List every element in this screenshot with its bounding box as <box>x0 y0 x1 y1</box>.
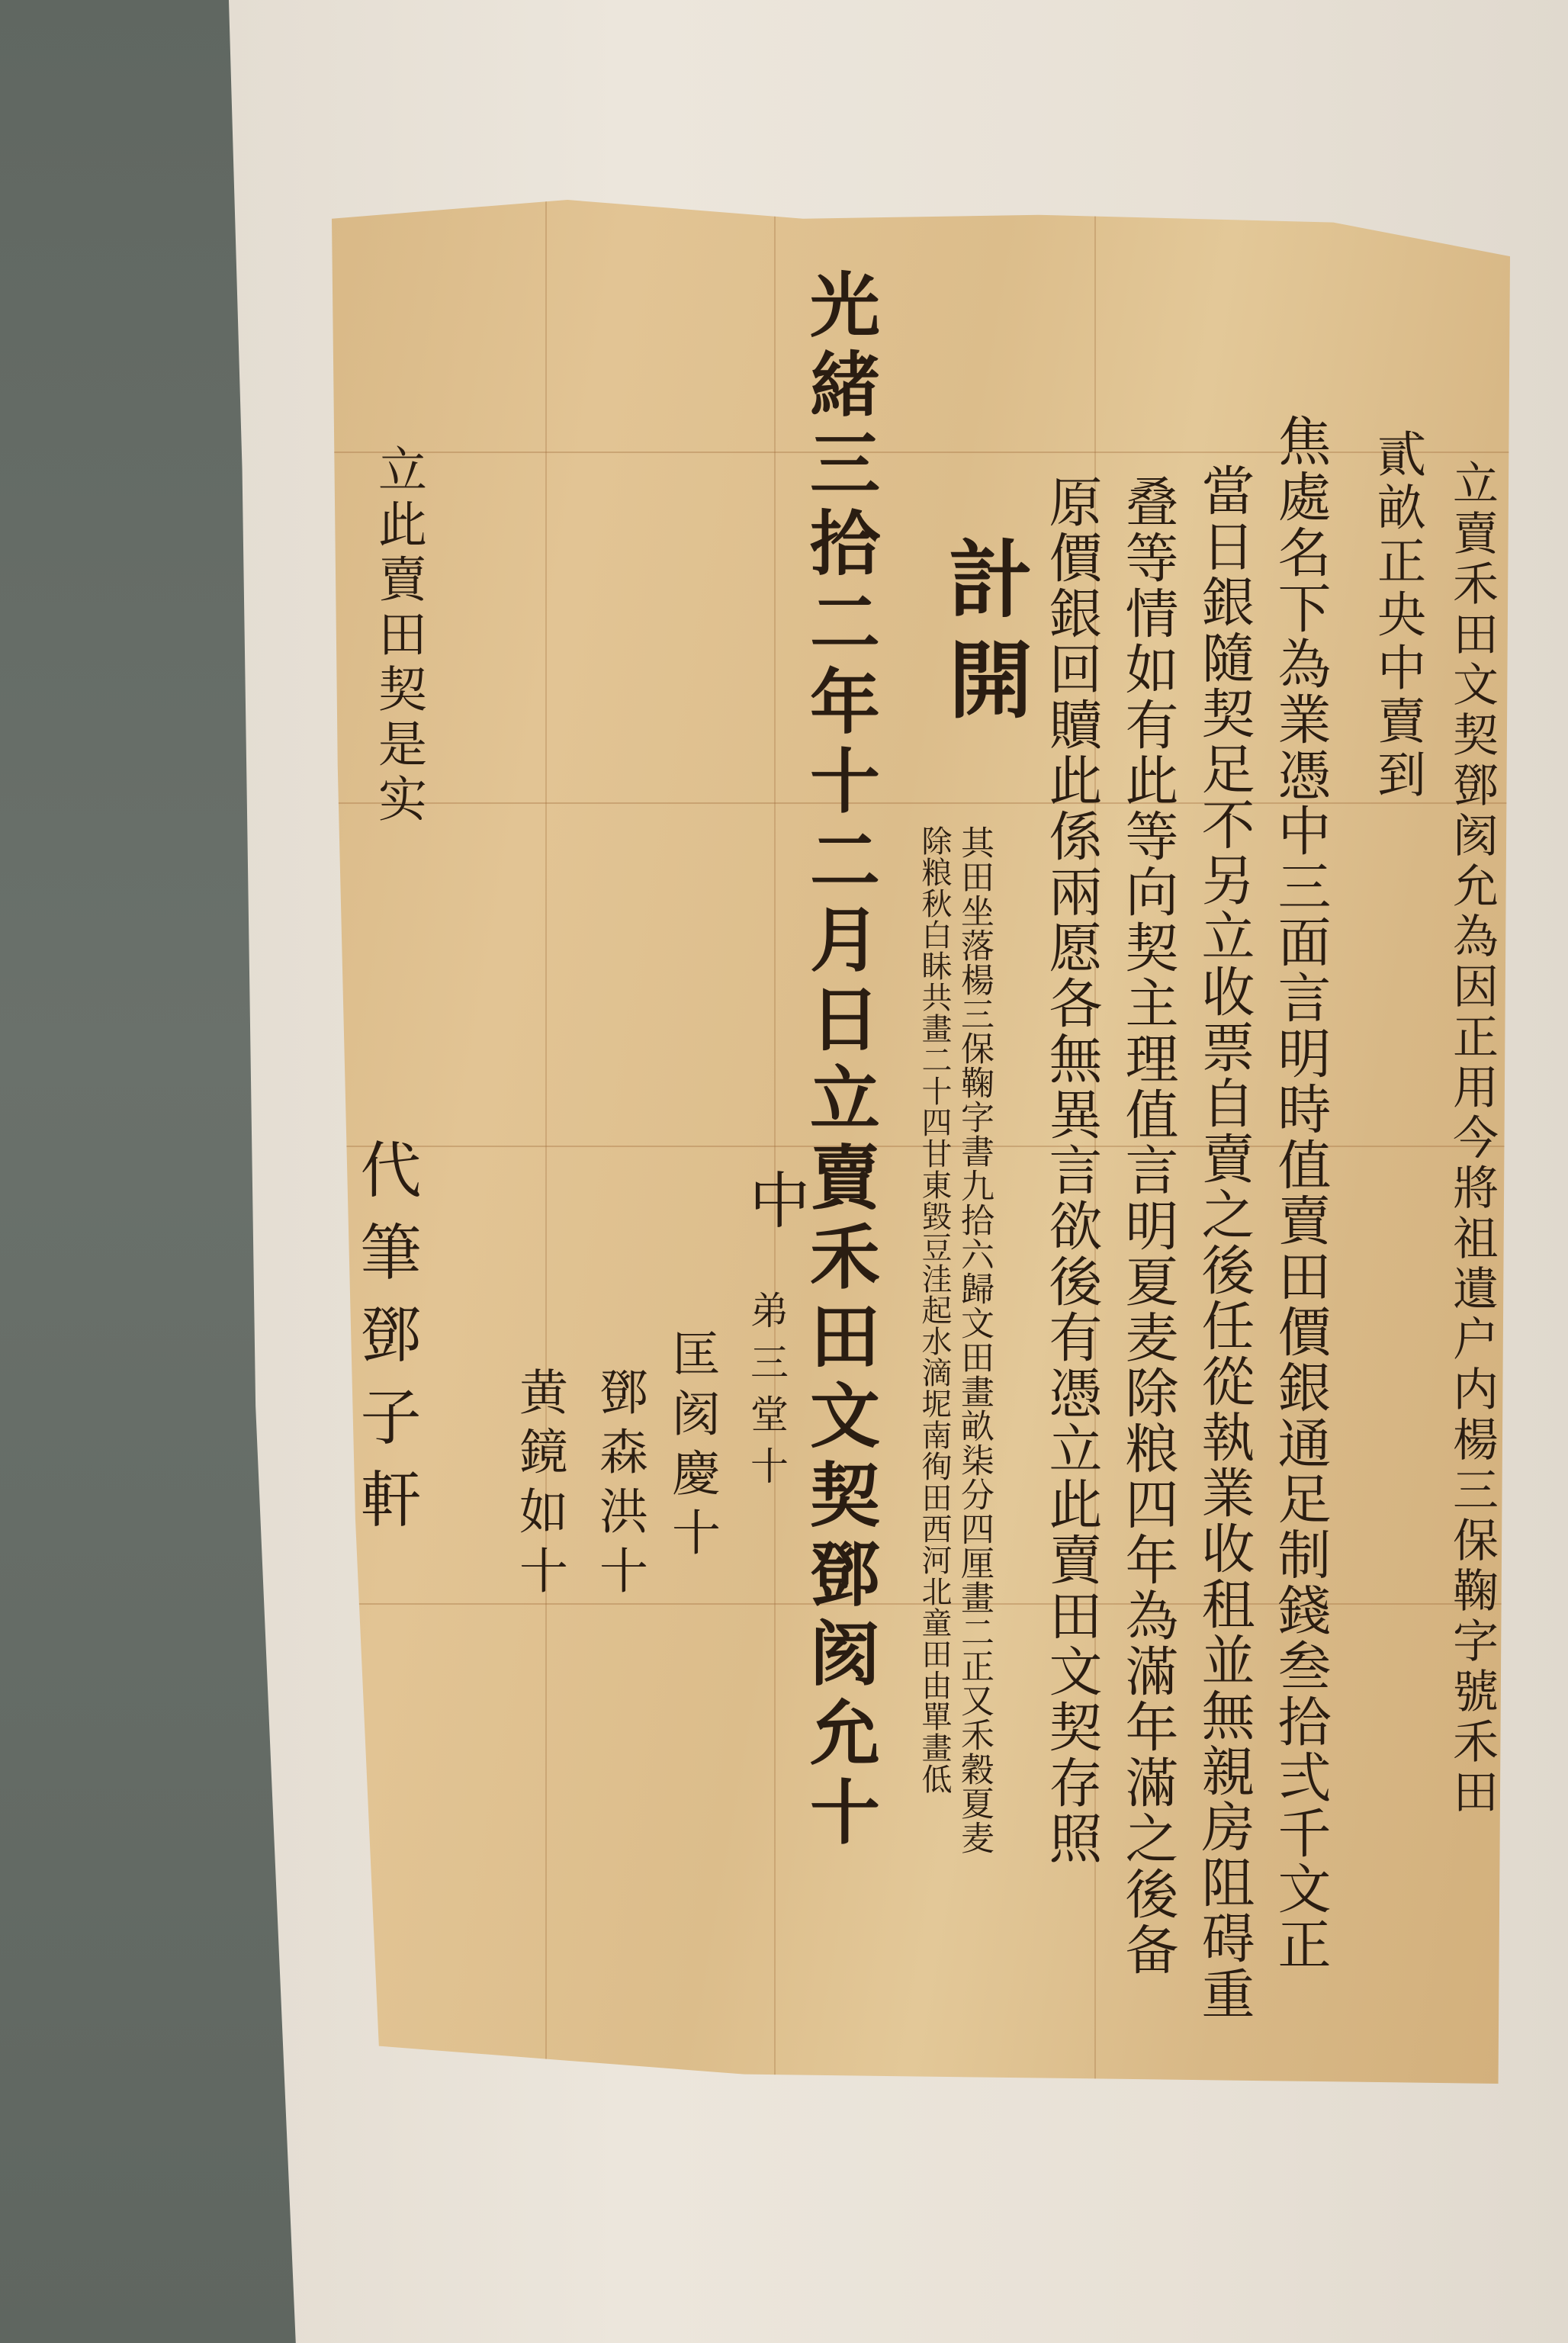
signoff-line: 立此賣田契是实 <box>374 444 423 828</box>
text-column-field-location: 其田坐落楊三保鞠字書九拾六歸文田畫畝柒分四厘畫二正又禾穀夏麦 <box>957 825 991 1855</box>
contract-document: 立賣禾田文契鄧阂允為因正用今將祖遺户内楊三保鞠字號禾田 貳畝正央中賣到 焦處名下… <box>332 200 1510 2084</box>
fold-line <box>332 452 1510 453</box>
text-column-buyer-price: 焦處名下為業憑中三面言明時值賣田價銀通足制錢叁拾弍千文正 <box>1274 413 1327 1972</box>
text-column-payment: 當日銀隨契足不另立收票自賣之後任從執業收租並無親房阻碍重 <box>1197 463 1251 2022</box>
text-column-opening: 立賣禾田文契鄧阂允為因正用今將祖遺户内楊三保鞠字號禾田 <box>1449 459 1495 2023</box>
fold-line <box>545 200 547 2084</box>
scribe-line: 代筆鄧子軒 <box>355 1138 416 1550</box>
heading-itemized: 計開 <box>942 535 1026 737</box>
text-column-terms: 叠等情如有此等向契主理值言明夏麦除粮四年為滿年滿之後备 <box>1121 474 1174 1978</box>
fold-line <box>332 802 1510 804</box>
witness-name: 鄧森洪十 <box>595 1367 644 1605</box>
witness-name: 黄鏡如十 <box>515 1367 564 1605</box>
middleman-label: 中 <box>744 1168 805 1234</box>
date-line: 光緒三拾二年十二月日立賣禾田文契鄧阂允十 <box>805 268 875 1855</box>
witness-name: 匡阂慶十 <box>667 1329 716 1567</box>
fold-line <box>774 200 776 2084</box>
witness-name: 弟三堂十 <box>747 1290 786 1498</box>
text-column-field-boundaries: 除粮秋白眛共畫二十四甘東毀豆洼起水滴坭南徇田西河北童田由單畫低 <box>919 825 949 1795</box>
text-column-redemption: 原價銀回贖此係兩愿各無異言欲後有憑立此賣田文契存照 <box>1045 474 1098 1866</box>
text-column-area: 貳畝正央中賣到 <box>1373 429 1422 802</box>
